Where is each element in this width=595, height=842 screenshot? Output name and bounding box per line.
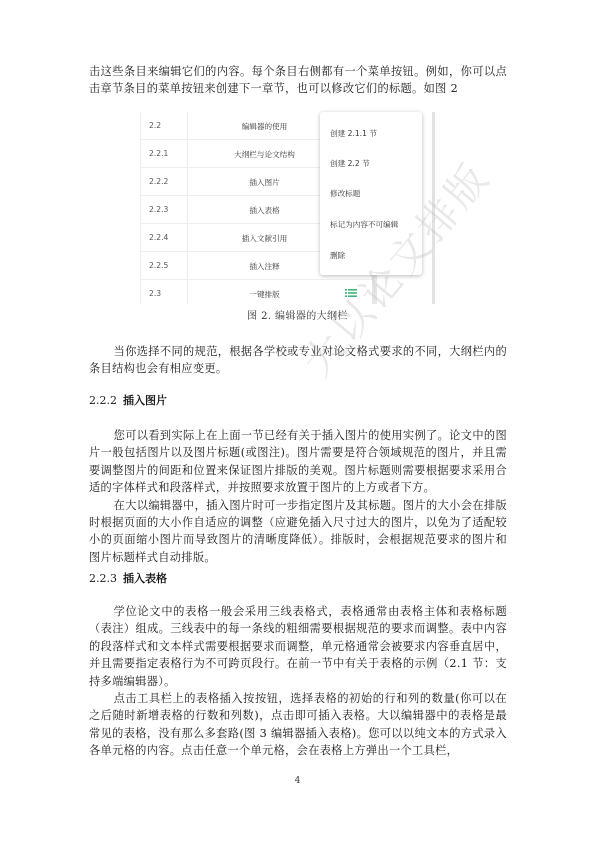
- menu-item-mark-readonly[interactable]: 标记为内容不可编辑: [330, 219, 398, 230]
- outline-row-number: 2.2.5: [149, 261, 168, 270]
- outline-row-title: 大纲栏与论文结构: [187, 149, 342, 160]
- section-2-2-3-body: 学位论文中的表格一般会采用三线表格式，表格通常由表格主体和表格标题（表注）组成。…: [89, 603, 507, 760]
- outline-row-title: 插入表格: [187, 205, 342, 216]
- section-title: 插入表格: [123, 572, 167, 585]
- section-number: 2.2.2: [89, 394, 117, 407]
- outline-row-number: 2.2: [149, 121, 161, 130]
- section-heading-2-2-2: 2.2.2插入图片: [89, 392, 167, 408]
- document-page: 击这些条目来编辑它们的内容。每个条目右侧都有一个菜单按钮。例如，你可以点击章节条…: [0, 0, 595, 842]
- paragraph-text: 在大以编辑器中，插入图片时可一步指定图片及其标题。图片的大小会在排版时根据页面的…: [89, 497, 507, 567]
- outline-row-number: 2.2.2: [149, 177, 168, 186]
- intro-paragraph: 击这些条目来编辑它们的内容。每个条目右侧都有一个菜单按钮。例如，你可以点击章节条…: [89, 63, 507, 98]
- outline-row-title: 插入图片: [187, 177, 342, 188]
- outline-row-title: 插入文献引用: [187, 233, 342, 244]
- outline-row-number: 2.2.4: [149, 233, 168, 242]
- outline-row-number: 2.2.1: [149, 149, 168, 158]
- paragraph-text: 您可以看到实际上在上面一节已经有关于插入图片的使用实例了。论文中的图片一般包括图…: [89, 427, 507, 497]
- outline-row-title: 一键排版: [187, 289, 342, 300]
- figure-caption: 图 2. 编辑器的大纲栏: [0, 307, 595, 322]
- menu-item-delete[interactable]: 删除: [330, 250, 345, 261]
- outline-row-title: 插入注释: [187, 261, 342, 272]
- outline-row-title: 编辑器的使用: [187, 121, 342, 132]
- section-2-2-2-body: 您可以看到实际上在上面一节已经有关于插入图片的使用实例了。论文中的图片一般包括图…: [89, 427, 507, 566]
- page-number: 4: [0, 776, 595, 786]
- menu-item-create-section[interactable]: 创建 2.2 节: [330, 158, 370, 169]
- intro-text: 击这些条目来编辑它们的内容。每个条目右侧都有一个菜单按钮。例如，你可以点击章节条…: [89, 63, 507, 98]
- outline-row-number: 2.2.3: [149, 205, 168, 214]
- section-number: 2.2.3: [89, 572, 117, 585]
- section-heading-2-2-3: 2.2.3插入表格: [89, 570, 167, 586]
- paragraph-text: 学位论文中的表格一般会采用三线表格式，表格通常由表格主体和表格标题（表注）组成。…: [89, 603, 507, 690]
- outline-row-number: 2.3: [149, 289, 161, 298]
- menu-item-create-subsection[interactable]: 创建 2.1.1 节: [330, 128, 377, 139]
- paragraph-text: 点击工具栏上的表格插入按按钮，选择表格的初始的行和列的数量(你可以在之后随时新增…: [89, 690, 507, 760]
- menu-item-edit-title[interactable]: 修改标题: [330, 188, 360, 199]
- section-title: 插入图片: [123, 394, 167, 407]
